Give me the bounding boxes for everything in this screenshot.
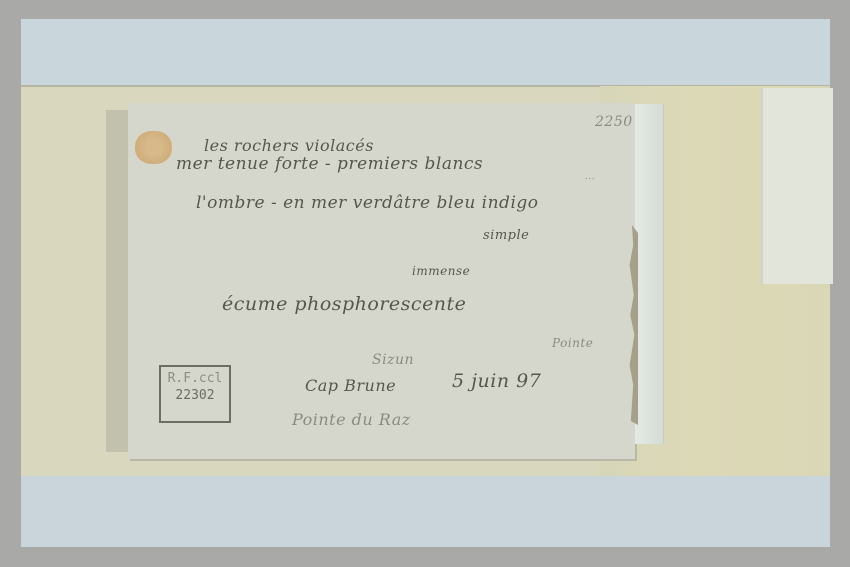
hinge-tape (635, 104, 664, 444)
handwriting-date: 5 juin 97 (452, 370, 541, 392)
mount-sheet-bottom (21, 476, 830, 547)
paper-patch (760, 88, 833, 284)
mount-sheet-top (21, 19, 830, 86)
stamp-line-2: 22302 (161, 387, 229, 404)
handwriting-line-1: les rochers violacés (204, 136, 374, 155)
handwriting-location: Cap Brune (305, 376, 396, 395)
handwriting-sizun: Sizun (372, 352, 414, 368)
handwriting-line-3: l'ombre - en mer verdâtre bleu indigo (196, 193, 539, 213)
handwriting-faint-location: Pointe du Raz (292, 410, 411, 429)
handwriting-date-above-right: Pointe (552, 336, 593, 350)
handwriting-line-2: mer tenue forte - premiers blancs (176, 154, 483, 174)
corner-number: 2250 (595, 114, 633, 130)
handwriting-insert-immense: immense (412, 264, 470, 278)
collection-stamp: R.F.ccl 22302 (159, 365, 231, 423)
stamp-line-1: R.F.ccl (161, 370, 229, 387)
stain-mark (135, 131, 172, 164)
handwriting-line-3-above: ... (585, 172, 595, 182)
handwriting-insert-simple: simple (483, 228, 529, 243)
handwriting-line-5: écume phosphorescente (222, 293, 466, 315)
